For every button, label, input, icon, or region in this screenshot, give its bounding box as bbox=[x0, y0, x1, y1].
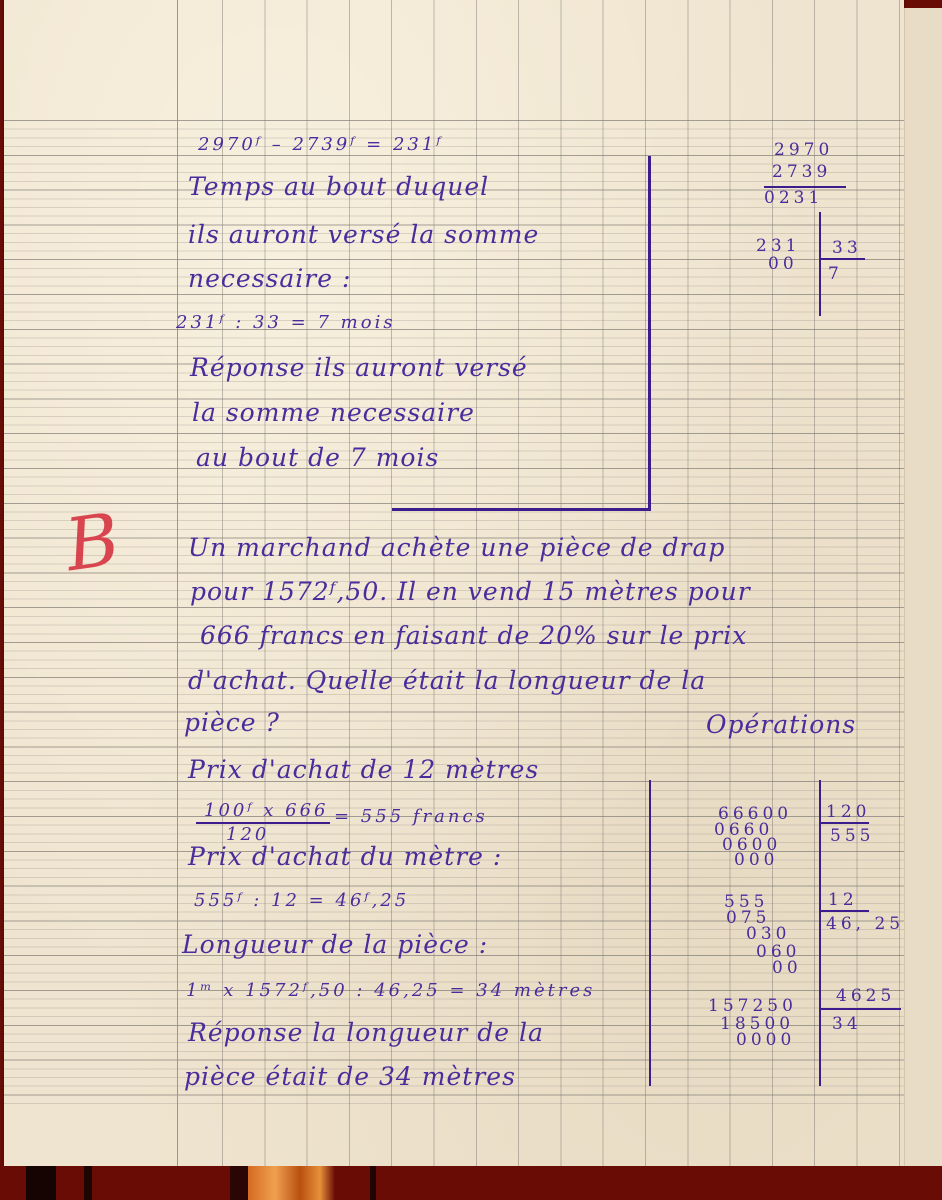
text-line: la somme necessaire bbox=[192, 398, 475, 427]
statement-line: pièce ? bbox=[184, 708, 280, 737]
op-quotient: 46, 25 bbox=[826, 914, 904, 934]
background-strip bbox=[0, 1166, 942, 1200]
op-minuend: 2970 bbox=[774, 140, 833, 160]
division-horizontal bbox=[819, 1008, 901, 1010]
statement-line: Un marchand achète une pièce de drap bbox=[188, 533, 725, 562]
solution-heading: Prix d'achat de 12 mètres bbox=[188, 755, 539, 784]
op-divisor: 120 bbox=[826, 802, 870, 822]
answer-line: pièce était de 34 mètres bbox=[184, 1062, 516, 1091]
statement-line: 666 francs en faisant de 20% sur le prix bbox=[200, 621, 747, 650]
next-page-edge bbox=[904, 8, 942, 1178]
calc-line: 231ᶠ : 33 = 7 mois bbox=[176, 312, 396, 333]
operations-title: Opérations bbox=[706, 710, 856, 739]
calc-line: 555ᶠ : 12 = 46ᶠ,25 bbox=[194, 890, 409, 911]
text-line: au bout de 7 mois bbox=[196, 443, 439, 472]
text-line: necessaire : bbox=[188, 264, 351, 293]
text-line: Réponse ils auront versé bbox=[190, 353, 528, 382]
calc-line: 1ᵐ x 1572ᶠ,50 : 46,25 = 34 mètres bbox=[186, 980, 595, 1001]
op-step: 000 bbox=[734, 850, 778, 870]
op-remainder: 00 bbox=[768, 254, 798, 274]
fraction-numerator: 100ᶠ x 666 bbox=[204, 800, 329, 821]
text-line: Temps au bout duquel bbox=[188, 172, 489, 201]
division-horizontal bbox=[819, 910, 869, 912]
op-step: 0000 bbox=[736, 1030, 795, 1050]
op-divisor: 4625 bbox=[836, 986, 895, 1006]
statement-line: d'achat. Quelle était la longueur de la bbox=[188, 666, 706, 695]
division-horizontal bbox=[819, 822, 869, 824]
op-quotient: 7 bbox=[828, 264, 843, 284]
subtraction-line: 2970ᶠ – 2739ᶠ = 231ᶠ bbox=[198, 134, 444, 155]
statement-line: pour 1572ᶠ,50. Il en vend 15 mètres pour bbox=[190, 577, 751, 606]
answer-line: Réponse la longueur de la bbox=[188, 1018, 544, 1047]
op-dividend: 157250 bbox=[708, 996, 797, 1016]
notebook-page: B 2970ᶠ – 2739ᶠ = 231ᶠ Temps au bout duq… bbox=[4, 0, 904, 1166]
op-difference: 0231 bbox=[764, 188, 823, 208]
op-step: 00 bbox=[772, 958, 802, 978]
op-quotient: 34 bbox=[832, 1014, 862, 1034]
box-horizontal-rule bbox=[392, 508, 651, 511]
division-vertical bbox=[819, 780, 821, 1086]
operations-left-rule bbox=[649, 780, 651, 1086]
op-quotient: 555 bbox=[830, 826, 874, 846]
fraction-result: = 555 francs bbox=[334, 806, 488, 827]
op-divisor: 33 bbox=[832, 238, 862, 258]
op-dividend: 231 bbox=[756, 236, 800, 256]
margin-line bbox=[177, 0, 178, 1166]
text-line: ils auront versé la somme bbox=[188, 220, 539, 249]
op-step: 030 bbox=[746, 924, 790, 944]
margin-grade: B bbox=[60, 497, 124, 588]
division-horizontal bbox=[819, 258, 865, 260]
solution-heading: Longueur de la pièce : bbox=[182, 930, 488, 959]
op-subtrahend: 2739 bbox=[772, 162, 831, 182]
division-vertical bbox=[819, 212, 821, 316]
solution-heading: Prix d'achat du mètre : bbox=[188, 842, 502, 871]
box-vertical-rule bbox=[648, 156, 651, 510]
op-divisor: 12 bbox=[828, 890, 858, 910]
